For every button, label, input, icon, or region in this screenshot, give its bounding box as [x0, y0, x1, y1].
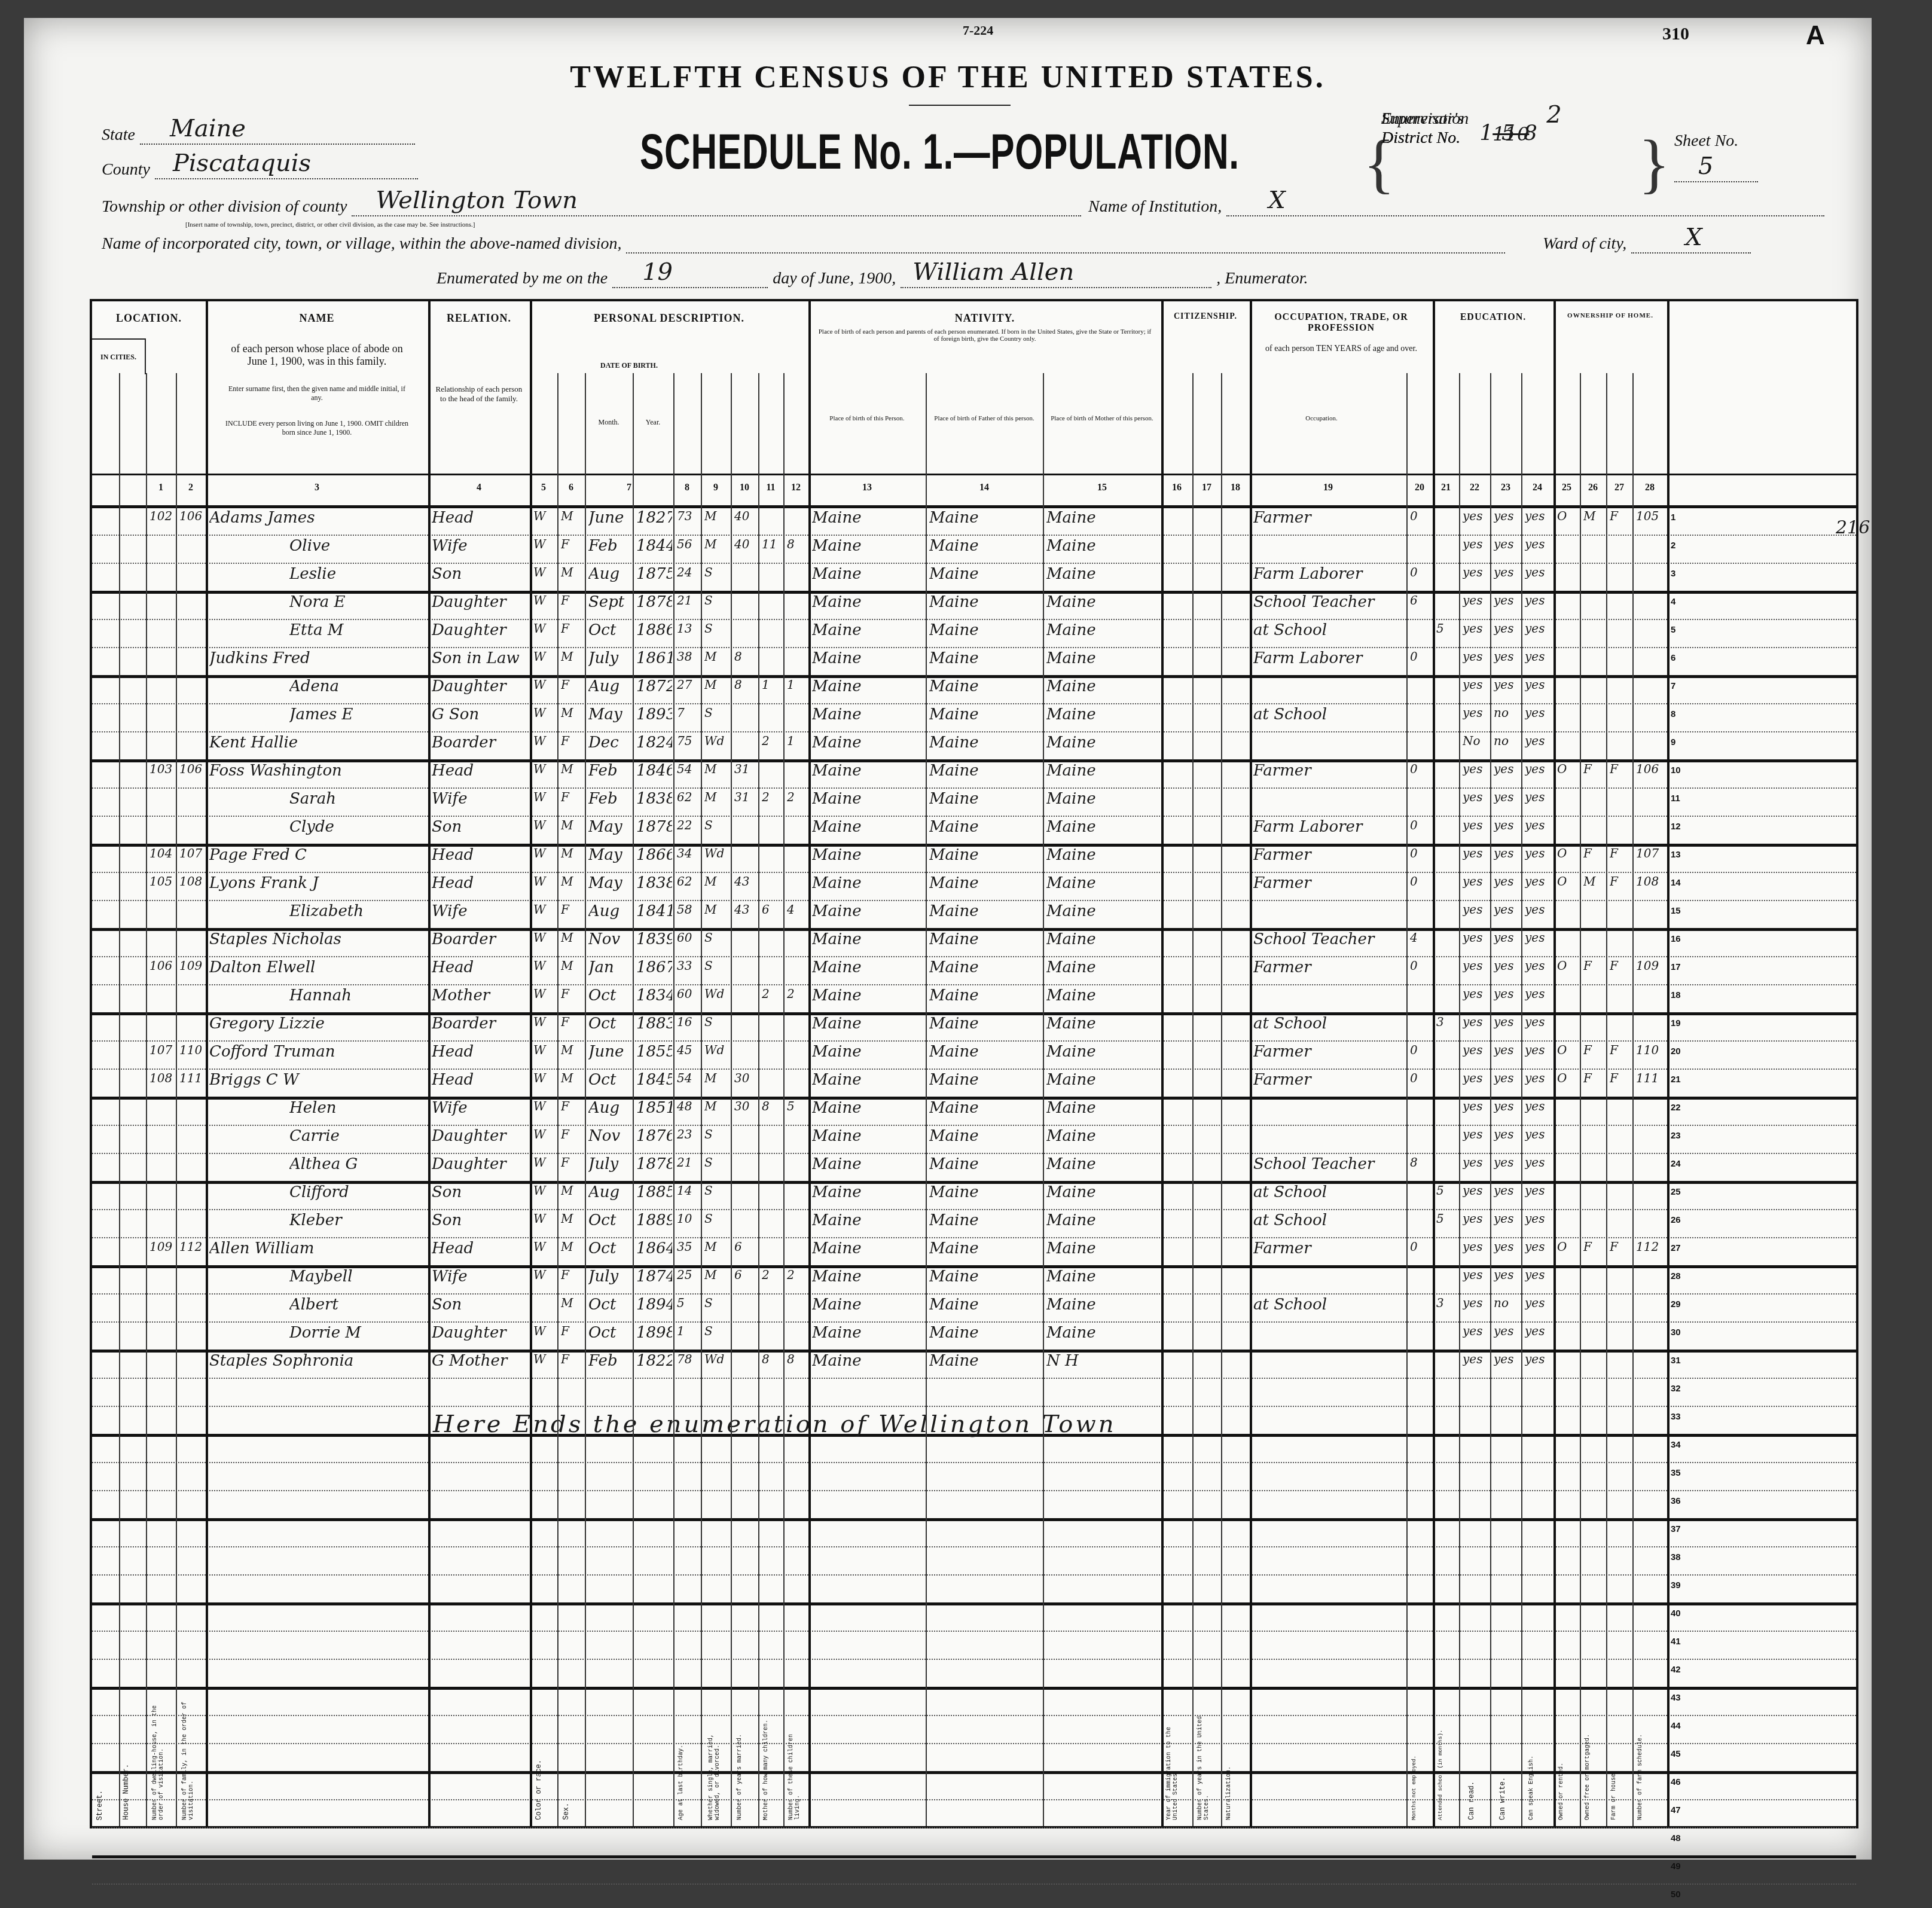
cell-mortgage: F [1583, 1240, 1605, 1254]
cell-age: 35 [677, 1240, 700, 1254]
table-row [92, 1462, 1856, 1491]
cell-months-unemp: 0 [1410, 846, 1432, 860]
table-row [92, 1378, 1856, 1407]
cell-pob-mother: Maine [1046, 930, 1160, 948]
cell-sex: F [561, 1099, 584, 1113]
cell-month: Jan [588, 958, 631, 976]
cell-pob: Maine [812, 593, 924, 611]
table-row [92, 1799, 1856, 1828]
cell-relation: Son [432, 818, 529, 836]
column-number: 17 [1192, 483, 1221, 493]
table-row [92, 1602, 1856, 1632]
cell-sex: F [561, 1324, 584, 1338]
line-number: 17 [1671, 962, 1681, 972]
cell-month: Dec [588, 734, 631, 752]
cell-age: 58 [677, 902, 700, 917]
cell-pob: Maine [812, 1296, 924, 1314]
cell-pob-father: Maine [929, 565, 1042, 583]
cell-write: yes [1494, 1099, 1520, 1113]
line-number: 16 [1671, 934, 1681, 944]
cell-living: 8 [787, 1352, 807, 1366]
line-number: 39 [1671, 1580, 1681, 1590]
column-number: 23 [1490, 483, 1521, 493]
cell-pob-mother: Maine [1046, 649, 1160, 667]
column-number: 27 [1606, 483, 1632, 493]
cell-read: yes [1463, 593, 1489, 607]
table-row: ClydeSonWMMay187822SMaineMaineMaineFarm … [92, 816, 1856, 847]
cell-months-unemp: 0 [1410, 509, 1432, 523]
cell-write: yes [1494, 846, 1520, 860]
cell-english: yes [1525, 593, 1552, 607]
table-row: 105108Lyons Frank JHeadWMMay183862M43Mai… [92, 872, 1856, 901]
cell-marital: S [704, 930, 730, 945]
cell-pob-mother: Maine [1046, 677, 1160, 695]
cell-pob-father: Maine [929, 1071, 1042, 1089]
cell-month: Aug [588, 1099, 631, 1117]
right-brace: } [1638, 126, 1670, 202]
cell-pob-father: Maine [929, 818, 1042, 836]
table-row: Staples SophroniaG MotherWFFeb182278Wd88… [92, 1350, 1856, 1379]
cell-relation: Son [432, 1183, 529, 1201]
cell-age: 54 [677, 1071, 700, 1085]
cell-yrs-married: 40 [734, 509, 757, 523]
column-divider [1580, 373, 1581, 1826]
cell-year: 1894 [636, 1296, 672, 1314]
line-number: 22 [1671, 1103, 1681, 1113]
cell-year: 1838 [636, 874, 672, 892]
cell-farm: F [1610, 1240, 1631, 1254]
cell-age: 75 [677, 734, 700, 748]
cell-pob-mother: Maine [1046, 565, 1160, 583]
cell-school: 3 [1436, 1296, 1458, 1310]
cell-read: yes [1463, 902, 1489, 917]
cell-sex: M [561, 874, 584, 889]
cell-months-unemp: 0 [1410, 649, 1432, 664]
column-number: 21 [1433, 483, 1459, 493]
cell-marital: M [704, 790, 730, 804]
cell-pob-mother: Maine [1046, 593, 1160, 611]
cell-dwelling: 108 [149, 1071, 175, 1085]
cell-pob: Maine [812, 958, 924, 976]
cell-pob-mother: Maine [1046, 1268, 1160, 1286]
cell-relation: Son [432, 1211, 529, 1229]
enumerator-name: William Allen [912, 258, 1074, 286]
cell-months-unemp: 0 [1410, 1043, 1432, 1057]
cell-color: W [533, 1352, 556, 1366]
cell-sex: M [561, 1240, 584, 1254]
column-number: 15 [1043, 483, 1161, 493]
cell-occupation: Farmer [1253, 509, 1405, 527]
cell-sex: F [561, 1015, 584, 1029]
cell-english: yes [1525, 706, 1552, 720]
page-stamp: 310 [1662, 24, 1689, 44]
line-number: 24 [1671, 1159, 1681, 1169]
name-instruction-1: Enter surname first, then the given name… [224, 384, 410, 402]
table-row: Dorrie MDaughterWFOct18981SMaineMaineMai… [92, 1321, 1856, 1353]
cell-months-unemp: 0 [1410, 1071, 1432, 1085]
cell-color: W [533, 1324, 556, 1338]
column-divider [758, 373, 759, 1826]
cell-name: Allen William [209, 1240, 427, 1257]
cell-pob-mother: Maine [1046, 1043, 1160, 1061]
cell-sex: M [561, 1043, 584, 1057]
line-number: 19 [1671, 1018, 1681, 1028]
cell-months-unemp: 0 [1410, 1240, 1432, 1254]
cell-pob-father: Maine [929, 537, 1042, 555]
cell-schedule: 106 [1636, 762, 1666, 776]
cell-read: yes [1463, 1240, 1489, 1254]
cell-mother-of: 8 [762, 1352, 782, 1366]
cell-occupation: School Teacher [1253, 930, 1405, 948]
cell-write: yes [1494, 930, 1520, 945]
cell-yrs-married: 6 [734, 1240, 757, 1254]
cell-pob: Maine [812, 790, 924, 808]
pob-mother-label: Place of birth of Mother of this person. [1043, 415, 1161, 422]
cell-schedule: 111 [1636, 1071, 1666, 1085]
cell-family: 110 [179, 1043, 205, 1057]
cell-sex: M [561, 762, 584, 776]
cell-sex: M [561, 649, 584, 664]
cell-family: 112 [179, 1240, 205, 1254]
cell-english: yes [1525, 874, 1552, 889]
cell-mortgage: F [1583, 958, 1605, 973]
cell-sex: F [561, 1127, 584, 1141]
cell-year: 1838 [636, 790, 672, 808]
cell-marital: Wd [704, 1043, 730, 1057]
cell-age: 60 [677, 987, 700, 1001]
cell-english: yes [1525, 649, 1552, 664]
relation-title: RELATION. [428, 301, 530, 325]
year-label: Year. [633, 418, 673, 427]
table-row [92, 1546, 1856, 1576]
cell-pob-father: Maine [929, 1099, 1042, 1117]
cell-read: yes [1463, 958, 1489, 973]
line-number: 21 [1671, 1074, 1681, 1085]
cell-month: Oct [588, 1324, 631, 1342]
cell-pob-father: Maine [929, 1043, 1042, 1061]
cell-marital: S [704, 1211, 730, 1226]
cell-age: 56 [677, 537, 700, 551]
column-divider [119, 373, 120, 1826]
cell-color: W [533, 930, 556, 945]
cell-pob-mother: Maine [1046, 874, 1160, 892]
column-divider [1433, 301, 1435, 1826]
cell-read: yes [1463, 537, 1489, 551]
name-instruction-2: INCLUDE every person living on June 1, 1… [224, 419, 410, 437]
cell-english: yes [1525, 734, 1552, 748]
institution-field: Name of Institution, X [1088, 197, 1824, 216]
cell-write: yes [1494, 509, 1520, 523]
column-divider [1667, 301, 1669, 1826]
column-divider [1161, 301, 1164, 1826]
cell-english: yes [1525, 902, 1552, 917]
cell-yrs-married: 30 [734, 1099, 757, 1113]
cell-pob-mother: Maine [1046, 1155, 1160, 1173]
cell-pob-mother: Maine [1046, 818, 1160, 836]
column-divider [1459, 373, 1460, 1826]
cell-pob: Maine [812, 930, 924, 948]
line-number: 28 [1671, 1271, 1681, 1281]
cell-age: 5 [677, 1296, 700, 1310]
cell-read: yes [1463, 1099, 1489, 1113]
cell-write: no [1494, 1296, 1520, 1310]
cell-english: yes [1525, 958, 1552, 973]
cell-pob: Maine [812, 1183, 924, 1201]
cell-relation: Son [432, 1296, 529, 1314]
state-field: State Maine [102, 126, 415, 145]
cell-mother-of: 11 [762, 537, 782, 551]
table-row [92, 1883, 1856, 1908]
cell-age: 34 [677, 846, 700, 860]
line-number: 27 [1671, 1243, 1681, 1253]
cell-pob-father: Maine [929, 874, 1042, 892]
cell-pob: Maine [812, 734, 924, 752]
cell-pob-mother: Maine [1046, 1324, 1160, 1342]
institution-label: Name of Institution, [1088, 197, 1222, 216]
cell-color: W [533, 1015, 556, 1029]
cell-yrs-married: 43 [734, 874, 757, 889]
cell-age: 48 [677, 1099, 700, 1113]
cell-living: 4 [787, 902, 807, 917]
cell-occupation: Farmer [1253, 958, 1405, 976]
cell-english: yes [1525, 1127, 1552, 1141]
cell-age: 45 [677, 1043, 700, 1057]
column-number: 20 [1406, 483, 1433, 493]
line-number: 50 [1671, 1889, 1681, 1900]
line-number: 26 [1671, 1215, 1681, 1225]
cell-read: yes [1463, 1296, 1489, 1310]
cell-relation: Wife [432, 1268, 529, 1286]
cell-school: 5 [1436, 1183, 1458, 1198]
cell-read: yes [1463, 1352, 1489, 1366]
personal-title: PERSONAL DESCRIPTION. [530, 301, 808, 325]
cell-relation: Head [432, 958, 529, 976]
table-row [92, 1574, 1856, 1605]
cell-marital: Wd [704, 987, 730, 1001]
cell-family: 108 [179, 874, 205, 889]
cell-relation: Mother [432, 987, 529, 1005]
cell-months-unemp: 6 [1410, 593, 1432, 607]
table-row: 102106Adams JamesHeadWMJune182773M40Main… [92, 506, 1856, 536]
cell-relation: Head [432, 1071, 529, 1089]
line-number: 43 [1671, 1693, 1681, 1703]
cell-pob-mother: Maine [1046, 1071, 1160, 1089]
cell-pob: Maine [812, 1240, 924, 1257]
cell-english: yes [1525, 1296, 1552, 1310]
cell-age: 38 [677, 649, 700, 664]
cell-months-unemp: 0 [1410, 958, 1432, 973]
cell-english: yes [1525, 1043, 1552, 1057]
cell-occupation: at School [1253, 621, 1405, 639]
cell-occupation: Farm Laborer [1253, 649, 1405, 667]
cell-english: yes [1525, 1324, 1552, 1338]
line-number: 44 [1671, 1721, 1681, 1731]
cell-owned: O [1557, 846, 1579, 860]
column-number: 24 [1521, 483, 1553, 493]
cell-living: 2 [787, 1268, 807, 1282]
cell-month: Sept [588, 593, 631, 611]
cell-marital: M [704, 902, 730, 917]
city-label: Name of incorporated city, town, or vill… [102, 234, 621, 254]
line-number: 35 [1671, 1468, 1681, 1478]
cell-year: 1883 [636, 1015, 672, 1033]
cell-pob-mother: Maine [1046, 987, 1160, 1005]
cell-english: yes [1525, 1268, 1552, 1282]
cell-age: 62 [677, 790, 700, 804]
column-number: 3 [206, 483, 428, 493]
cell-month: June [588, 509, 631, 527]
cell-year: 1872 [636, 677, 672, 695]
column-divider [428, 301, 431, 1826]
cell-english: yes [1525, 1015, 1552, 1029]
cell-sex: F [561, 677, 584, 692]
cell-sex: F [561, 902, 584, 917]
cell-english: yes [1525, 537, 1552, 551]
form-code: 7-224 [963, 23, 993, 38]
cell-pob-mother: Maine [1046, 1099, 1160, 1117]
cell-marital: S [704, 1155, 730, 1170]
cell-pob: Maine [812, 649, 924, 667]
cell-relation: Head [432, 509, 529, 527]
cell-mortgage: F [1583, 1071, 1605, 1085]
ownership-title: OWNERSHIP OF HOME. [1553, 301, 1667, 319]
cell-month: Oct [588, 1296, 631, 1314]
table-row: 108111Briggs C WHeadWMOct184554M30MaineM… [92, 1069, 1856, 1100]
ed-label: Enumeration District No. [1381, 109, 1469, 148]
line-number: 1 [1671, 512, 1675, 523]
cell-family: 106 [179, 762, 205, 776]
cell-farm: F [1610, 509, 1631, 523]
column-divider [557, 373, 558, 1826]
cell-marital: Wd [704, 846, 730, 860]
column-divider [1553, 301, 1556, 1826]
cell-year: 1834 [636, 987, 672, 1005]
cell-mortgage: M [1583, 874, 1605, 889]
personal-description-header: PERSONAL DESCRIPTION. DATE OF BIRTH. Mon… [530, 301, 810, 474]
cell-marital: S [704, 818, 730, 832]
date-of-birth-label: DATE OF BIRTH. [585, 361, 673, 370]
cell-pob-father: Maine [929, 1240, 1042, 1257]
cell-read: yes [1463, 846, 1489, 860]
cell-sex: F [561, 1268, 584, 1282]
cell-english: yes [1525, 1211, 1552, 1226]
cell-read: yes [1463, 1324, 1489, 1338]
cell-color: W [533, 1183, 556, 1198]
cell-relation: Son in Law [432, 649, 529, 667]
cell-read: yes [1463, 706, 1489, 720]
cell-year: 1844 [636, 537, 672, 555]
column-divider [1606, 373, 1607, 1826]
cell-marital: S [704, 958, 730, 973]
cell-pob: Maine [812, 1268, 924, 1286]
table-row: 104107Page Fred CHeadWMMay186634WdMaineM… [92, 844, 1856, 873]
cell-color: W [533, 846, 556, 860]
cell-pob-father: Maine [929, 1268, 1042, 1286]
cell-write: yes [1494, 1324, 1520, 1338]
column-number: 10 [731, 483, 758, 493]
cell-pob-mother: Maine [1046, 762, 1160, 780]
table-row: 106109Dalton ElwellHeadWMJan186733SMaine… [92, 956, 1856, 985]
cell-mother-of: 2 [762, 1268, 782, 1282]
line-number: 41 [1671, 1637, 1681, 1647]
column-number: 2 [176, 483, 206, 493]
cell-month: July [588, 1155, 631, 1173]
cell-year: 1876 [636, 1127, 672, 1145]
column-number: 25 [1553, 483, 1580, 493]
cell-read: yes [1463, 790, 1489, 804]
table-row [92, 1855, 1856, 1885]
cell-relation: Wife [432, 902, 529, 920]
cell-age: 60 [677, 930, 700, 945]
cell-school: 5 [1436, 1211, 1458, 1226]
cell-occupation: at School [1253, 1183, 1405, 1201]
cell-pob-father: Maine [929, 734, 1042, 752]
cell-year: 1878 [636, 593, 672, 611]
cell-age: 16 [677, 1015, 700, 1029]
closing-note: Here Ends the enumeration of Wellington … [433, 1411, 1116, 1438]
cell-read: yes [1463, 930, 1489, 945]
cell-relation: Head [432, 762, 529, 780]
cell-year: 1898 [636, 1324, 672, 1342]
cell-dwelling: 109 [149, 1240, 175, 1254]
cell-living: 1 [787, 734, 807, 748]
cell-relation: Head [432, 846, 529, 864]
cell-pob: Maine [812, 677, 924, 695]
cell-month: Nov [588, 930, 631, 948]
cell-color: W [533, 902, 556, 917]
cell-marital: S [704, 565, 730, 579]
table-row [92, 1771, 1856, 1800]
month-label: Month. [585, 418, 633, 427]
nativity-description: Place of birth of each person and parent… [817, 328, 1153, 343]
line-number: 14 [1671, 878, 1681, 888]
cell-age: 73 [677, 509, 700, 523]
cell-year: 1874 [636, 1268, 672, 1286]
census-title: TWELFTH CENSUS OF THE UNITED STATES. [24, 60, 1872, 95]
pob-father-label: Place of birth of Father of this person. [926, 415, 1043, 422]
cell-sex: F [561, 593, 584, 607]
cell-pob-father: Maine [929, 1183, 1042, 1201]
cell-months-unemp: 0 [1410, 874, 1432, 889]
cell-read: yes [1463, 987, 1489, 1001]
line-number: 18 [1671, 990, 1681, 1000]
cell-pob: Maine [812, 1015, 924, 1033]
cell-sex: M [561, 706, 584, 720]
table-row [92, 1687, 1856, 1716]
city-field: Name of incorporated city, town, or vill… [102, 234, 1505, 254]
cell-year: 1878 [636, 818, 672, 836]
cell-write: yes [1494, 677, 1520, 692]
line-number: 34 [1671, 1440, 1681, 1450]
cell-marital: M [704, 1240, 730, 1254]
cell-mother-of: 1 [762, 677, 782, 692]
cell-relation: Boarder [432, 1015, 529, 1033]
cell-age: 54 [677, 762, 700, 776]
table-row: SarahWifeWFFeb183862M3122MaineMaineMaine… [92, 787, 1856, 817]
cell-write: yes [1494, 790, 1520, 804]
occupation-title: OCCUPATION, TRADE, OR PROFESSION [1250, 301, 1433, 334]
cell-sex: M [561, 958, 584, 973]
cell-color: W [533, 1211, 556, 1226]
column-number: 1 [146, 483, 176, 493]
cell-month: May [588, 818, 631, 836]
table-row [92, 1743, 1856, 1774]
cell-dwelling: 104 [149, 846, 175, 860]
column-divider [176, 373, 177, 1826]
census-sheet: 7-224 TWELFTH CENSUS OF THE UNITED STATE… [24, 18, 1872, 1860]
cell-marital: M [704, 1268, 730, 1282]
cell-year: 1855 [636, 1043, 672, 1061]
